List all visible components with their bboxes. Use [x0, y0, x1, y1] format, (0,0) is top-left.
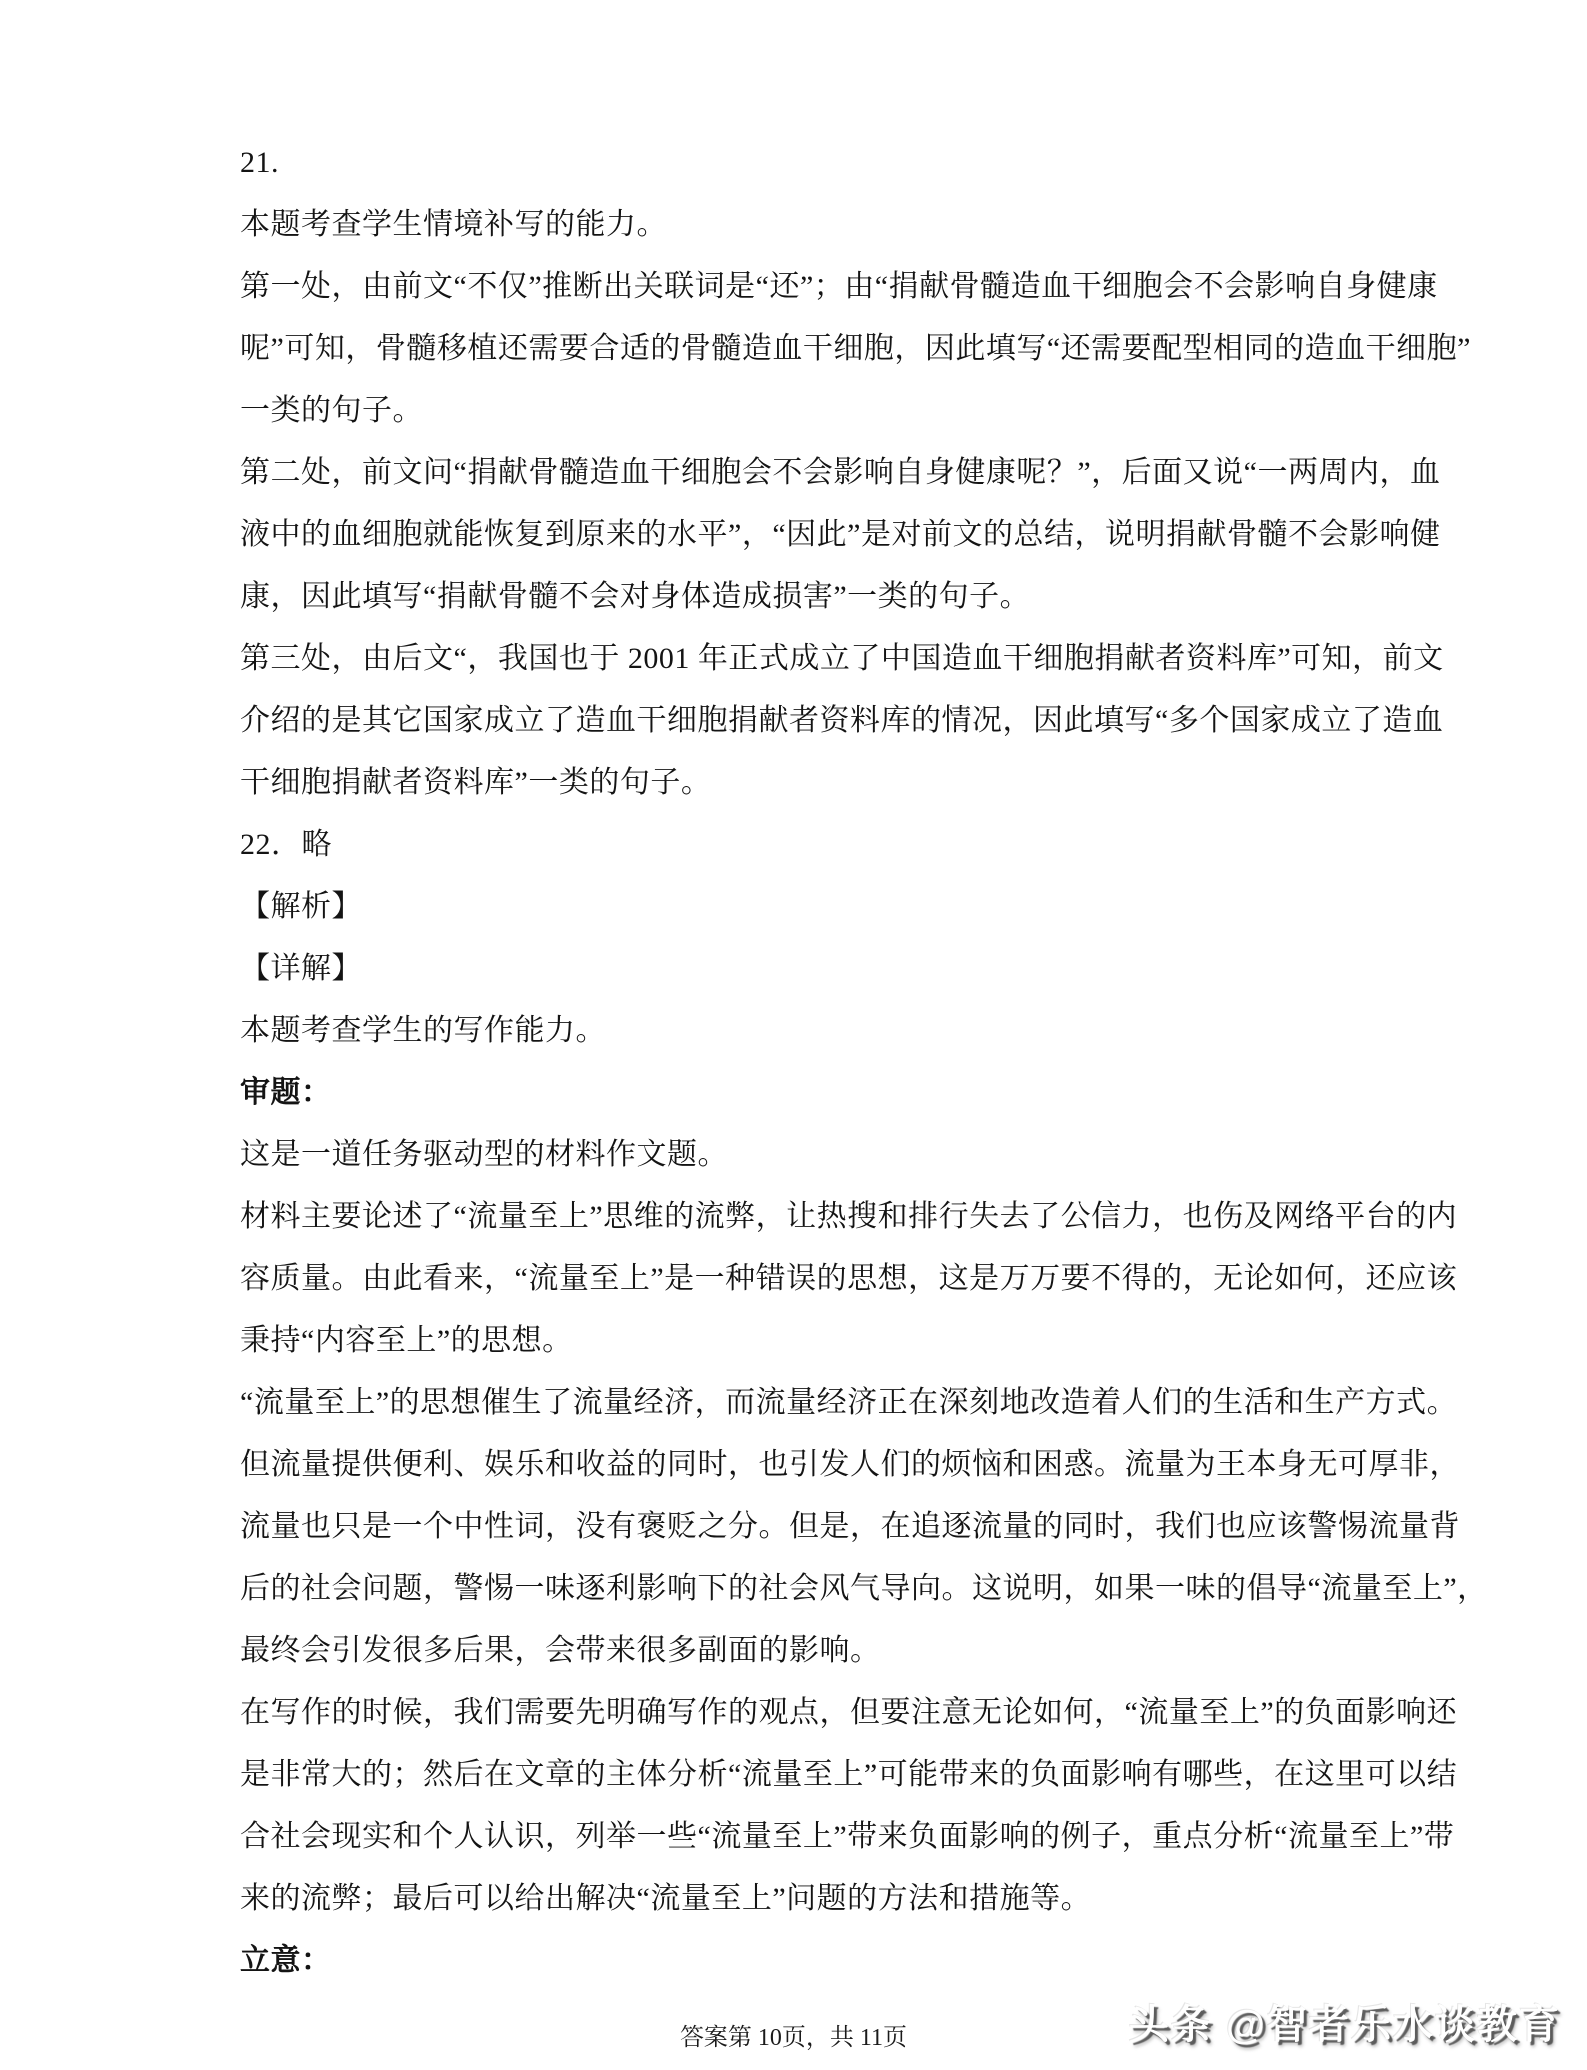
text-line: 秉持“内容至上”的思想。: [240, 1310, 1385, 1372]
text-line: 本题考查学生情境补写的能力。: [240, 194, 1385, 256]
text-line: 审题：: [240, 1062, 1385, 1124]
text-line: 【解析】: [240, 876, 1385, 938]
text-line: 后的社会问题，警惕一味逐利影响下的社会风气导向。这说明，如果一味的倡导“流量至上…: [240, 1558, 1385, 1620]
text-line: 材料主要论述了“流量至上”思维的流弊，让热搜和排行失去了公信力，也伤及网络平台的…: [240, 1186, 1385, 1248]
text-line: 立意：: [240, 1930, 1385, 1992]
text-line: 21.: [240, 132, 1385, 194]
text-line: 介绍的是其它国家成立了造血干细胞捐献者资料库的情况，因此填写“多个国家成立了造血: [240, 690, 1385, 752]
text-line: 容质量。由此看来，“流量至上”是一种错误的思想，这是万万要不得的，无论如何，还应…: [240, 1248, 1385, 1310]
text-line: 流量也只是一个中性词，没有褒贬之分。但是，在追逐流量的同时，我们也应该警惕流量背: [240, 1496, 1385, 1558]
text-line: 呢”可知，骨髓移植还需要合适的骨髓造血干细胞，因此填写“还需要配型相同的造血干细…: [240, 318, 1385, 380]
toutiao-watermark: 头条 @智者乐水谈教育: [1129, 1993, 1561, 2050]
text-line: 合社会现实和个人认识，列举一些“流量至上”带来负面影响的例子，重点分析“流量至上…: [240, 1806, 1385, 1868]
answer-sheet-page: 21.本题考查学生情境补写的能力。第一处，由前文“不仅”推断出关联词是“还”；由…: [0, 0, 1587, 2070]
text-line: 在写作的时候，我们需要先明确写作的观点，但要注意无论如何，“流量至上”的负面影响…: [240, 1682, 1385, 1744]
document-body: 21.本题考查学生情境补写的能力。第一处，由前文“不仅”推断出关联词是“还”；由…: [240, 132, 1385, 1992]
text-line: 液中的血细胞就能恢复到原来的水平”，“因此”是对前文的总结，说明捐献骨髓不会影响…: [240, 504, 1385, 566]
text-line: 一类的句子。: [240, 380, 1385, 442]
text-line: 最终会引发很多后果，会带来很多副面的影响。: [240, 1620, 1385, 1682]
text-line: 康，因此填写“捐献骨髓不会对身体造成损害”一类的句子。: [240, 566, 1385, 628]
text-line: 这是一道任务驱动型的材料作文题。: [240, 1124, 1385, 1186]
text-line: 第二处，前文问“捐献骨髓造血干细胞会不会影响自身健康呢？”，后面又说“一两周内，…: [240, 442, 1385, 504]
text-line: 第三处，由后文“，我国也于 2001 年正式成立了中国造血干细胞捐献者资料库”可…: [240, 628, 1385, 690]
text-line: “流量至上”的思想催生了流量经济，而流量经济正在深刻地改造着人们的生活和生产方式…: [240, 1372, 1385, 1434]
text-line: 22．略: [240, 814, 1385, 876]
text-line: 本题考查学生的写作能力。: [240, 1000, 1385, 1062]
text-line: 但流量提供便利、娱乐和收益的同时，也引发人们的烦恼和困惑。流量为王本身无可厚非，: [240, 1434, 1385, 1496]
text-line: 是非常大的；然后在文章的主体分析“流量至上”可能带来的负面影响有哪些，在这里可以…: [240, 1744, 1385, 1806]
text-line: 第一处，由前文“不仅”推断出关联词是“还”；由“捐献骨髓造血干细胞会不会影响自身…: [240, 256, 1385, 318]
text-line: 来的流弊；最后可以给出解决“流量至上”问题的方法和措施等。: [240, 1868, 1385, 1930]
text-line: 【详解】: [240, 938, 1385, 1000]
text-line: 干细胞捐献者资料库”一类的句子。: [240, 752, 1385, 814]
